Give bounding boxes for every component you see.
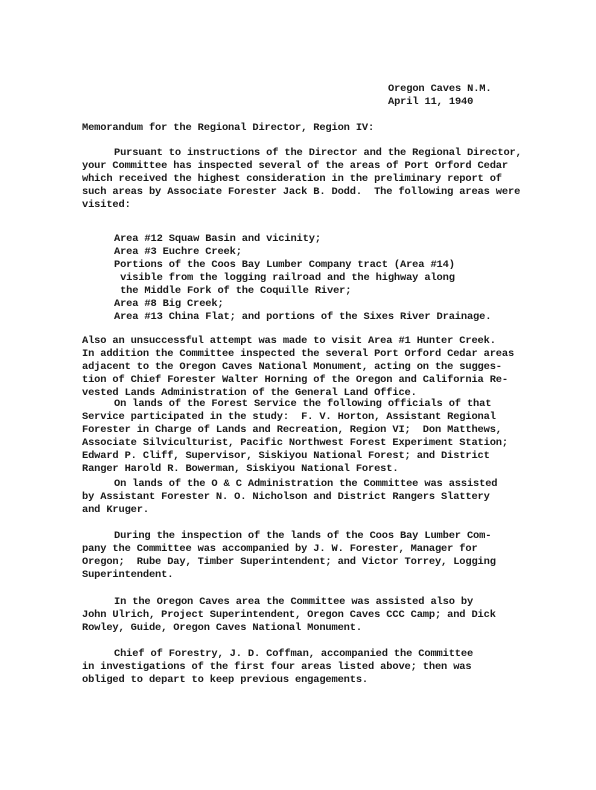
visited-areas-list: Area #12 Squaw Basin and vicinity; Area … <box>114 233 491 324</box>
text-line: Chief of Forestry, J. D. Coffman, accomp… <box>82 648 552 661</box>
location-line: Oregon Caves N.M. <box>388 83 491 96</box>
text-line: which received the highest consideration… <box>82 173 552 186</box>
list-item: visible from the logging railroad and th… <box>114 272 491 285</box>
text-line: by Assistant Forester N. O. Nicholson an… <box>82 491 552 504</box>
text-line: and Kruger. <box>82 504 552 517</box>
list-item: Portions of the Coos Bay Lumber Company … <box>114 259 491 272</box>
list-item: Area #3 Euchre Creek; <box>114 246 491 259</box>
text-line: Also an unsuccessful attempt was made to… <box>82 335 552 348</box>
text-line: obliged to depart to keep previous engag… <box>82 674 552 687</box>
memorandum-page: Oregon Caves N.M. April 11, 1940 Memoran… <box>0 0 596 790</box>
text-line: tion of Chief Forester Walter Horning of… <box>82 374 552 387</box>
text-line: visited: <box>82 199 552 212</box>
paragraph-pursuant: Pursuant to instructions of the Director… <box>82 147 552 212</box>
paragraph-oc-administration: On lands of the O & C Administration the… <box>82 478 552 517</box>
text-line: On lands of the Forest Service the follo… <box>82 398 552 411</box>
list-item: Area #12 Squaw Basin and vicinity; <box>114 233 491 246</box>
text-line: Edward P. Cliff, Supervisor, Siskiyou Na… <box>82 450 552 463</box>
list-item: the Middle Fork of the Coquille River; <box>114 285 491 298</box>
text-line: Forester in Charge of Lands and Recreati… <box>82 424 552 437</box>
text-line: In the Oregon Caves area the Committee w… <box>82 596 552 609</box>
paragraph-forest-service: On lands of the Forest Service the follo… <box>82 398 552 476</box>
text-line: John Ulrich, Project Superintendent, Ore… <box>82 609 552 622</box>
text-line: Associate Silviculturist, Pacific Northw… <box>82 437 552 450</box>
list-item: Area #13 China Flat; and portions of the… <box>114 311 491 324</box>
text-line: In addition the Committee inspected the … <box>82 348 552 361</box>
text-line: Oregon; Rube Day, Timber Superintendent;… <box>82 556 552 569</box>
letter-heading: Oregon Caves N.M. April 11, 1940 <box>388 83 491 109</box>
text-line: Rowley, Guide, Oregon Caves National Mon… <box>82 622 552 635</box>
text-line: such areas by Associate Forester Jack B.… <box>82 186 552 199</box>
text-line: Pursuant to instructions of the Director… <box>82 147 552 160</box>
text-line: pany the Committee was accompanied by J.… <box>82 543 552 556</box>
text-line: Service participated in the study: F. V.… <box>82 411 552 424</box>
text-line: adjacent to the Oregon Caves National Mo… <box>82 361 552 374</box>
text-line: Ranger Harold R. Bowerman, Siskiyou Nati… <box>82 463 552 476</box>
text-line: your Committee has inspected several of … <box>82 160 552 173</box>
text-line: in investigations of the first four area… <box>82 661 552 674</box>
paragraph-coos-bay: During the inspection of the lands of th… <box>82 530 552 582</box>
paragraph-coffman: Chief of Forestry, J. D. Coffman, accomp… <box>82 648 552 687</box>
text-line: On lands of the O & C Administration the… <box>82 478 552 491</box>
text-line: Superintendent. <box>82 569 552 582</box>
paragraph-also: Also an unsuccessful attempt was made to… <box>82 335 552 400</box>
text-line: During the inspection of the lands of th… <box>82 530 552 543</box>
date-line: April 11, 1940 <box>388 96 491 109</box>
salutation: Memorandum for the Regional Director, Re… <box>82 122 374 135</box>
list-item: Area #8 Big Creek; <box>114 298 491 311</box>
paragraph-oregon-caves: In the Oregon Caves area the Committee w… <box>82 596 552 635</box>
